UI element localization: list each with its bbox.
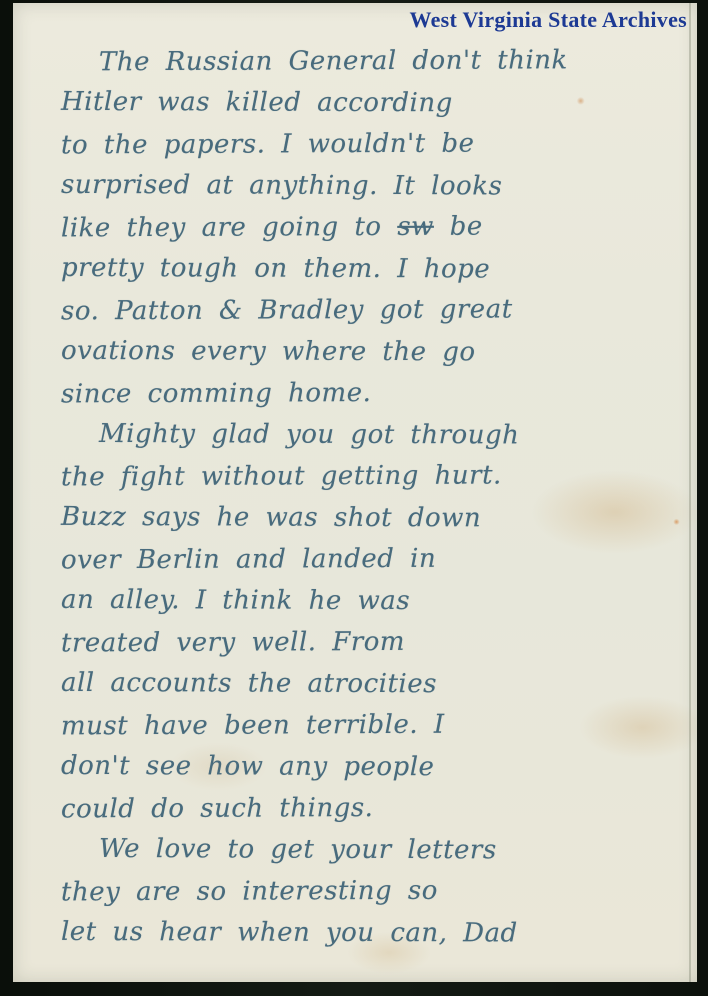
- letter-line: over Berlin and landed in: [61, 538, 697, 582]
- letter-line: Buzz says he was shot down: [61, 496, 697, 540]
- letter-line: since comming home.: [61, 372, 697, 416]
- letter-line: could do such things.: [61, 787, 697, 831]
- letter-line: We love to get your letters: [99, 828, 697, 872]
- letter-line: ovations every where the go: [61, 330, 697, 374]
- letter-line: so. Patton & Bradley got great: [61, 289, 697, 333]
- letter-line: pretty tough on them. I hope: [61, 247, 697, 291]
- letter-line: an alley. I think he was: [61, 579, 697, 623]
- letter-line: surprised at anything. It looks: [61, 164, 697, 208]
- handwritten-letter-body: The Russian General don't think Hitler w…: [13, 41, 697, 982]
- letter-line-segment: be: [434, 212, 483, 242]
- letter-line: like they are going to sw be: [61, 206, 697, 250]
- letter-line-segment: like they are going to: [61, 212, 397, 243]
- letter-line: Mighty glad you got through: [99, 413, 697, 457]
- letter-line: the fight without getting hurt.: [61, 455, 697, 499]
- letter-line: must have been terrible. I: [61, 704, 697, 748]
- struck-out-word: sw: [397, 212, 434, 242]
- scanned-letter-frame: West Virginia State Archives The Russian…: [0, 0, 708, 996]
- letter-line: all accounts the atrocities: [61, 662, 697, 706]
- letter-line: to the papers. I wouldn't be: [61, 123, 697, 167]
- letter-line: let us hear when you can, Dad: [61, 911, 697, 955]
- letter-line: The Russian General don't think: [99, 40, 697, 84]
- letter-paper: West Virginia State Archives The Russian…: [13, 3, 697, 982]
- letter-line: Hitler was killed according: [61, 81, 697, 125]
- archive-watermark: West Virginia State Archives: [410, 7, 687, 33]
- letter-line: treated very well. From: [61, 621, 697, 665]
- letter-line: they are so interesting so: [61, 870, 697, 914]
- letter-line: don't see how any people: [61, 745, 697, 789]
